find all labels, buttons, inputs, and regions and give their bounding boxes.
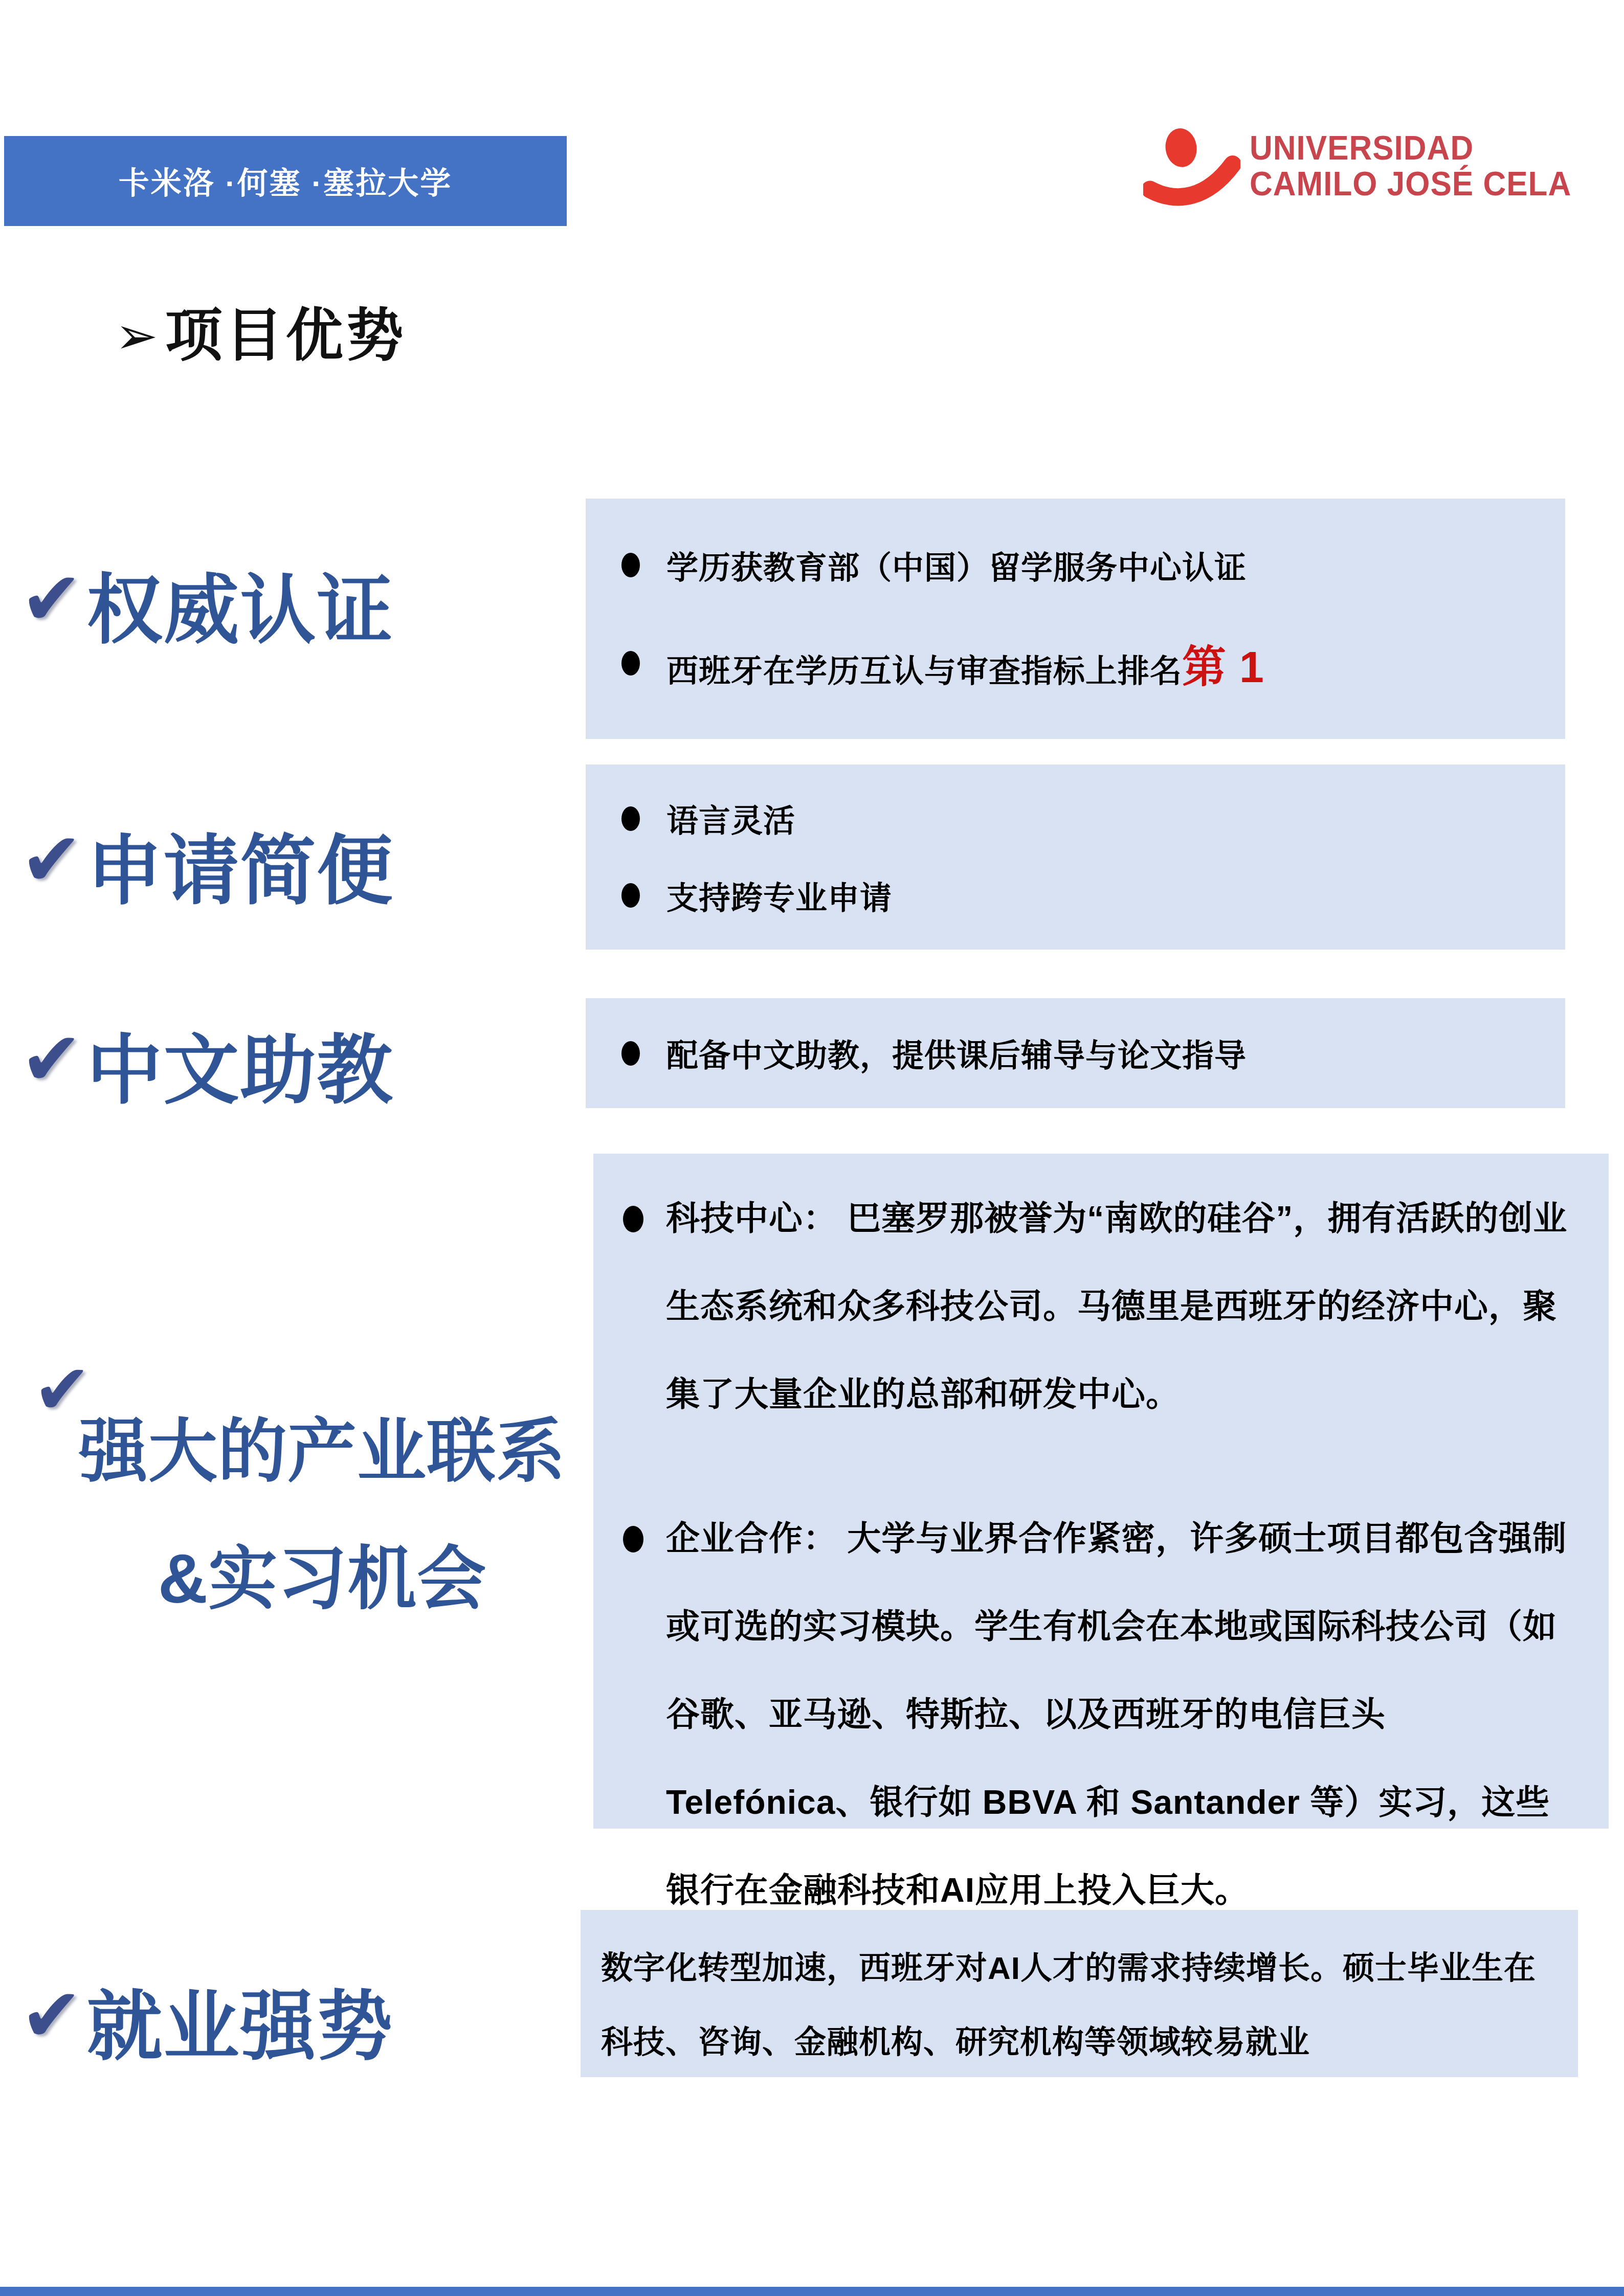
content-box-employment: 数字化转型加速，西班牙对AI人才的需求持续增长。硕士毕业生在科技、咨询、金融机构… bbox=[581, 1910, 1578, 2077]
section-label-line2: &实习机会 bbox=[46, 1523, 598, 1623]
bullet-item: 企业合作： 大学与业界合作紧密，许多硕士项目都包含强制或可选的实习模块。学生有机… bbox=[623, 1494, 1578, 1934]
check-icon: ✔ bbox=[20, 1978, 83, 2053]
content-box-application: 语言灵活 支持跨专业申请 bbox=[586, 764, 1565, 950]
bullet-text: 企业合作： 大学与业界合作紧密，许多硕士项目都包含强制或可选的实习模块。学生有机… bbox=[666, 1494, 1578, 1934]
bullet-text: 支持跨专业申请 bbox=[666, 873, 892, 918]
section-label-chinese-ta: ✔ 中文助教 bbox=[20, 1010, 394, 1118]
logo-text: UNIVERSIDAD CAMILO JOSÉ CELA bbox=[1250, 130, 1571, 202]
top-banner: 卡米洛 ·何塞 ·塞拉大学 bbox=[4, 136, 567, 226]
logo-line2: CAMILO JOSÉ CELA bbox=[1250, 165, 1571, 204]
university-logo: UNIVERSIDAD CAMILO JOSÉ CELA bbox=[1143, 123, 1624, 210]
rank-highlight: 第 1 bbox=[1182, 643, 1264, 692]
bullet-text: 语言灵活 bbox=[666, 796, 795, 841]
content-box-industry: 科技中心： 巴塞罗那被誉为“南欧的硅谷”，拥有活跃的创业生态系统和众多科技公司。… bbox=[593, 1154, 1609, 1829]
bullet-item: 科技中心： 巴塞罗那被誉为“南欧的硅谷”，拥有活跃的创业生态系统和众多科技公司。… bbox=[623, 1174, 1578, 1438]
bullet-text: 科技中心： 巴塞罗那被誉为“南欧的硅谷”，拥有活跃的创业生态系统和众多科技公司。… bbox=[666, 1174, 1578, 1438]
university-name-cn: 卡米洛 ·何塞 ·塞拉大学 bbox=[119, 159, 452, 203]
bullet-dot-icon bbox=[621, 651, 640, 676]
slide-page: 卡米洛 ·何塞 ·塞拉大学 UNIVERSIDAD CAMILO JOSÉ CE… bbox=[0, 0, 1624, 2296]
section-label-industry: ✔ 强大的产业联系 &实习机会 bbox=[46, 1355, 598, 1623]
bullet-dot-icon bbox=[623, 1526, 643, 1552]
check-icon: ✔ bbox=[20, 562, 83, 636]
section-label-application: ✔ 申请简便 bbox=[20, 811, 394, 919]
bullet-item: 配备中文助教，提供课后辅导与论文指导 bbox=[621, 1030, 1565, 1076]
bullet-item: 学历获教育部（中国）留学服务中心认证 bbox=[621, 543, 1565, 588]
check-icon: ✔ bbox=[33, 1355, 91, 1424]
bullet-item: 西班牙在学历互认与审查指标上排名第 1 bbox=[621, 632, 1565, 695]
bullet-text: 配备中文助教，提供课后辅导与论文指导 bbox=[666, 1030, 1247, 1076]
bullet-text-main: 西班牙在学历互认与审查指标上排名 bbox=[666, 654, 1182, 689]
logo-line1: UNIVERSIDAD bbox=[1250, 129, 1571, 168]
bullet-item: 语言灵活 bbox=[621, 796, 1565, 841]
section-label-employment: ✔ 就业强势 bbox=[20, 1966, 394, 2075]
content-box-chinese-ta: 配备中文助教，提供课后辅导与论文指导 bbox=[586, 998, 1565, 1108]
content-box-certification: 学历获教育部（中国）留学服务中心认证 西班牙在学历互认与审查指标上排名第 1 bbox=[586, 499, 1565, 739]
bullet-dot-icon bbox=[623, 1206, 643, 1232]
bullet-dot-icon bbox=[621, 1041, 640, 1066]
bullet-item: 支持跨专业申请 bbox=[621, 873, 1565, 918]
bullet-dot-icon bbox=[621, 806, 640, 831]
arrowhead-bullet-icon: ➢ bbox=[115, 310, 158, 362]
section-label-text: 权威认证 bbox=[87, 550, 394, 658]
section-label-text: 就业强势 bbox=[87, 1966, 394, 2075]
bottom-accent-bar bbox=[0, 2287, 1624, 2296]
logo-person-swoosh-icon bbox=[1143, 125, 1240, 207]
page-heading: ➢ 项目优势 bbox=[115, 302, 407, 370]
section-label-line1: 强大的产业联系 bbox=[46, 1396, 598, 1495]
bullet-dot-icon bbox=[621, 883, 640, 908]
page-title: 项目优势 bbox=[165, 302, 407, 370]
section-label-certification: ✔ 权威认证 bbox=[20, 550, 394, 658]
bullet-dot-icon bbox=[621, 553, 640, 577]
section-label-text: 中文助教 bbox=[87, 1010, 394, 1118]
check-icon: ✔ bbox=[20, 823, 83, 897]
paragraph-text: 数字化转型加速，西班牙对AI人才的需求持续增长。硕士毕业生在科技、咨询、金融机构… bbox=[601, 1931, 1542, 2080]
bullet-text: 西班牙在学历互认与审查指标上排名第 1 bbox=[666, 632, 1264, 695]
bullet-text: 学历获教育部（中国）留学服务中心认证 bbox=[666, 543, 1247, 588]
section-label-text: 申请简便 bbox=[87, 811, 394, 919]
check-icon: ✔ bbox=[20, 1022, 83, 1096]
